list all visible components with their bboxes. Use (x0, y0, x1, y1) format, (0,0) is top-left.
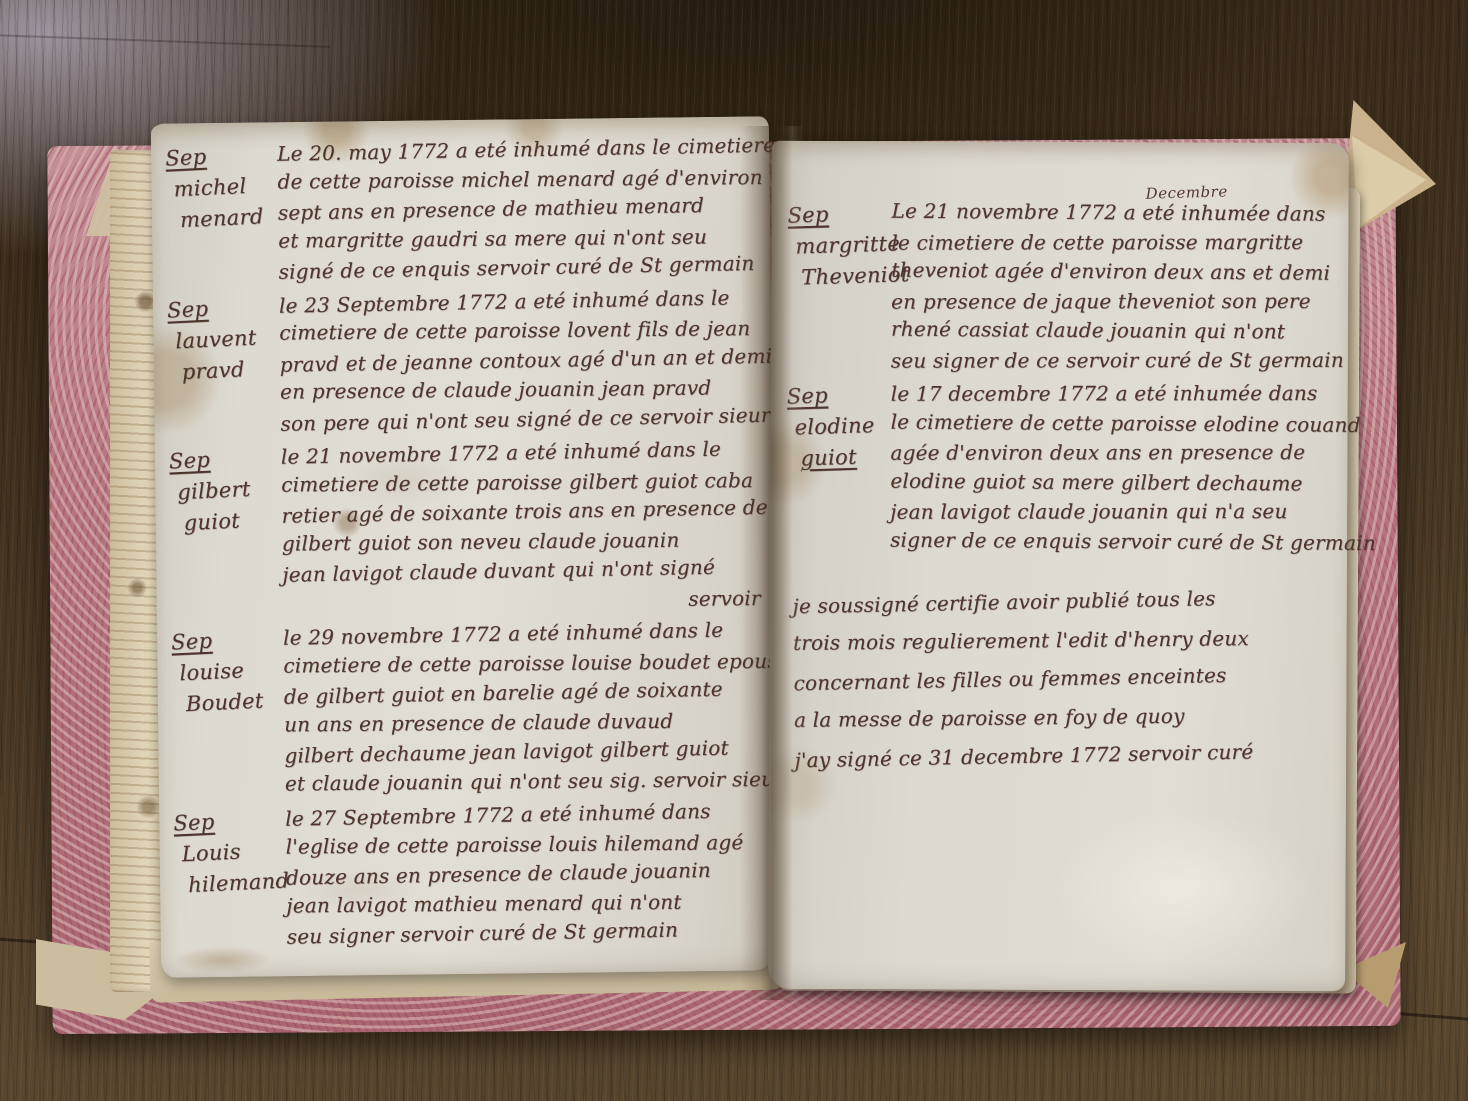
margin-word: elodine (794, 410, 891, 444)
margin-word: guiot (183, 504, 282, 540)
margin-word: Sep (166, 290, 279, 326)
entry-margin-label: Sep lauvent pravd (167, 290, 281, 439)
wood-plank-line (0, 34, 330, 48)
entry-text: le 21 novembre 1772 a eté inhumé dans le… (281, 435, 771, 618)
entry-line: servoir (283, 583, 771, 617)
entry-text: le 23 Septembre 1772 a eté inhumé dans l… (279, 284, 773, 438)
margin-word: guiot (800, 441, 891, 475)
entry-line: elodine guiot sa mere gilbert dechaume (890, 466, 1376, 499)
margin-word: Sep (170, 622, 283, 658)
entry-margin-label: Sep gilbert guiot (169, 441, 283, 619)
entry-line: theveniot agée d'environ deux ans et dem… (891, 256, 1344, 289)
entry-text: Le 20. may 1772 a eté inhumé dans le cim… (277, 132, 777, 286)
left-page-content: Sep michel menard Le 20. may 1772 a eté … (165, 132, 775, 967)
margin-word: lauvent (175, 321, 280, 357)
margin-word: Sep (787, 197, 892, 231)
margin-word: pravd (181, 352, 280, 388)
margin-word: louise (179, 653, 284, 689)
burial-entry-michel-menard: Sep michel menard Le 20. may 1772 a eté … (165, 132, 767, 287)
entry-line: le 17 decembre 1772 a eté inhumée dans (891, 379, 1377, 409)
entry-text: le 29 novembre 1772 a eté inhumé dans le… (283, 616, 791, 799)
entry-line: le cimetiere de cette paroisse margritte (891, 227, 1344, 257)
entry-line: le cimetiere de cette paroisse elodine c… (891, 407, 1377, 440)
margin-word: Sep (165, 138, 278, 174)
margin-word: Louis (181, 834, 286, 870)
entry-line: et claude jouanin qui n'ont seu sig. ser… (285, 764, 792, 798)
margin-word: Boudet (185, 685, 284, 721)
margin-word: Sep (173, 803, 286, 839)
entry-margin-label: Sep Louis hilemand (173, 803, 287, 952)
burial-entry-gilbert-guiot: Sep gilbert guiot le 21 novembre 1772 a … (169, 435, 771, 619)
burial-entry-louise-boudet: Sep louise Boudet le 29 novembre 1772 a … (171, 616, 773, 800)
margin-word: gilbert (177, 472, 282, 508)
margin-word: menard (179, 201, 278, 237)
margin-word: Sep (168, 441, 281, 477)
entry-line: seu signer de ce servoir curé de St germ… (891, 345, 1344, 375)
entry-margin-label: Sep elodine guiot (786, 378, 891, 555)
entry-line: signer de ce enquis servoir curé de St g… (890, 525, 1376, 558)
entry-line: jean lavigot claude jouanin qui n'a seu (890, 497, 1376, 527)
entry-line: Le 21 novembre 1772 a eté inhumée dans (891, 197, 1344, 230)
entry-text: le 17 decembre 1772 a eté inhumée dans l… (890, 378, 1376, 557)
margin-word: Sep (786, 378, 891, 412)
margin-word: Theveniot (801, 260, 892, 294)
right-page-content: Sep margritte Theveniot Decembre Le 21 n… (784, 197, 1340, 981)
entry-text: le 27 Septembre 1772 a eté inhumé dans l… (285, 797, 775, 950)
margin-word: margritte (795, 229, 892, 263)
burial-entry-elodine-guiot: Sep elodine guiot le 17 decembre 1772 a … (786, 378, 1340, 557)
entry-line: agée d'environ deux ans en presence de (890, 438, 1376, 468)
entry-margin-label: Sep louise Boudet (171, 622, 285, 800)
burial-entry-lauvent-pravd: Sep lauvent pravd le 23 Septembre 1772 a… (167, 284, 769, 439)
right-page: Sep margritte Theveniot Decembre Le 21 n… (768, 141, 1349, 992)
entry-margin-label: Sep michel menard (165, 138, 279, 287)
burial-entry-margritte-theveniot: Sep margritte Theveniot Decembre Le 21 n… (787, 197, 1341, 376)
entry-margin-label: Sep margritte Theveniot (787, 197, 892, 374)
entry-text: Decembre Le 21 novembre 1772 a eté inhum… (891, 197, 1345, 376)
entry-line: en presence de jaque theveniot son pere (891, 286, 1344, 316)
left-page: Sep michel menard Le 20. may 1772 a eté … (151, 116, 779, 977)
cure-closing-statement: je soussigné certifie avoir publié tous … (792, 578, 1339, 778)
entry-line: rhené cassiat claude jouanin qui n'ont (891, 315, 1344, 348)
burial-entry-louis-hilemand: Sep Louis hilemand le 27 Septembre 1772 … (173, 797, 775, 952)
margin-word: michel (173, 169, 278, 205)
margin-word: hilemand (187, 866, 286, 902)
